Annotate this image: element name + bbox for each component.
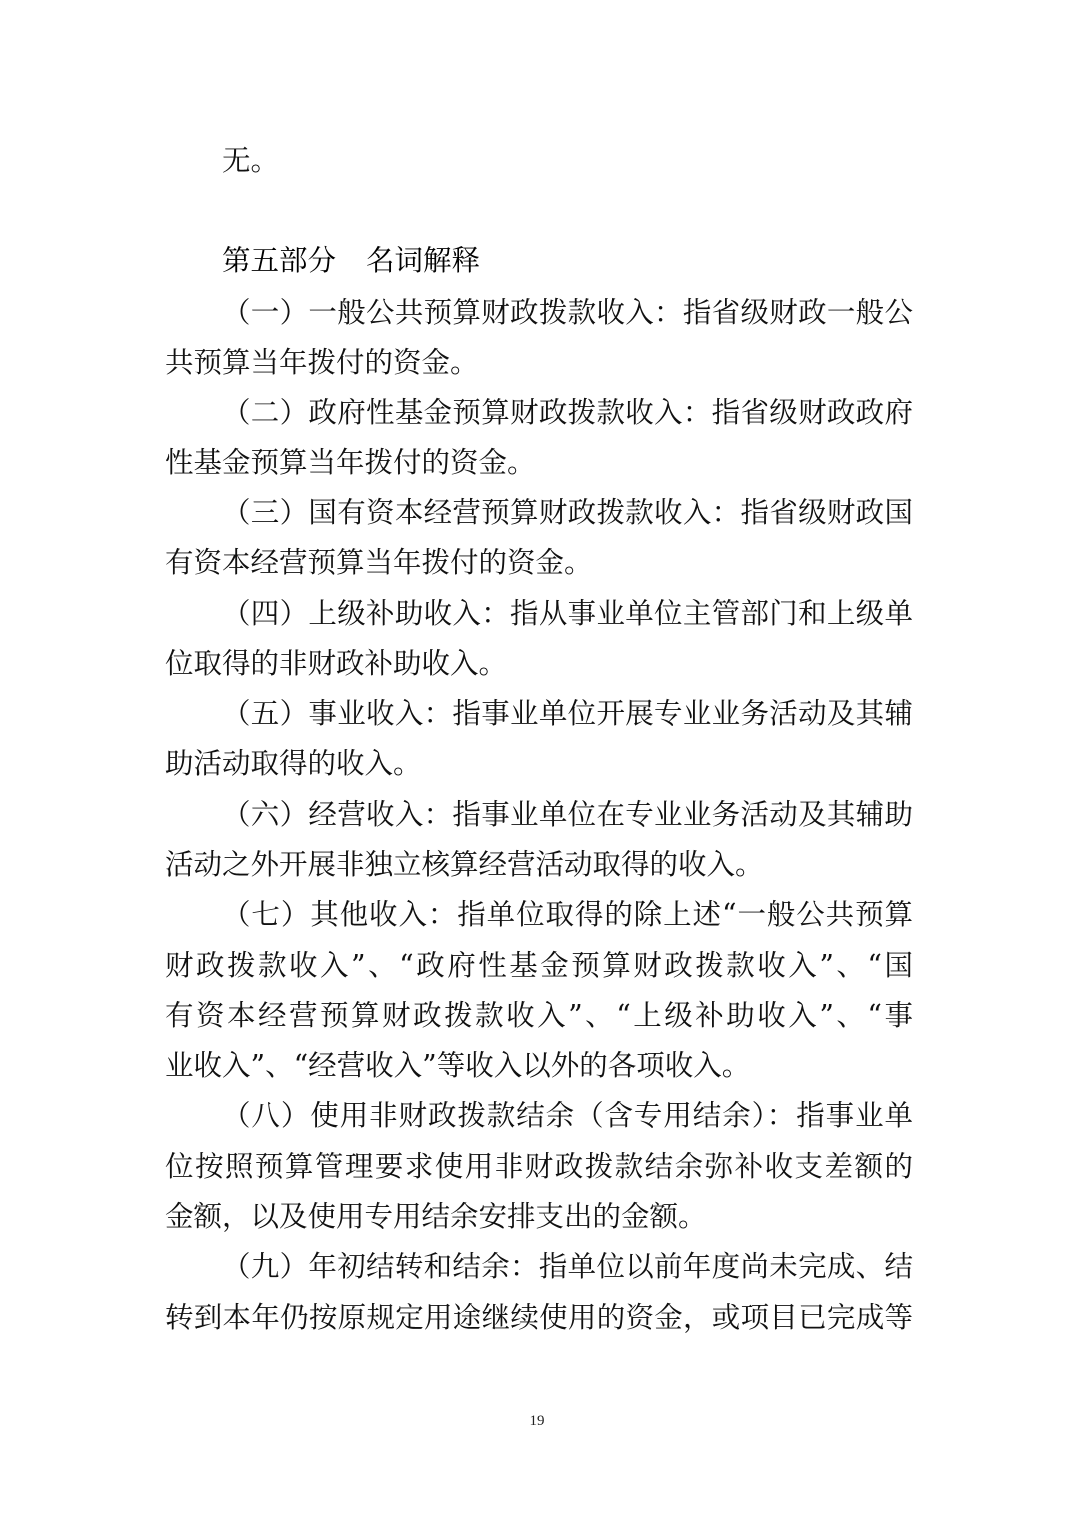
definition-line: （九）年初结转和结余：指单位以前年度尚未完成、结 [222,1249,913,1285]
definition-line: 有资本经营预算当年拨付的资金。 [165,545,913,581]
definition-line: 有资本经营预算财政拨款收入”、“上级补助收入”、“事 [165,998,913,1034]
definition-line: 转到本年仍按原规定用途继续使用的资金，或项目已完成等 [165,1300,913,1336]
definition-line: 助活动取得的收入。 [165,746,913,782]
intro-text: 无。 [222,143,913,179]
definition-line: 财政拨款收入”、“政府性基金预算财政拨款收入”、“国 [165,948,913,984]
definition-line: 性基金预算当年拨付的资金。 [165,445,913,481]
section-title: 名词解释 [366,244,480,277]
definition-line: 金额，以及使用专用结余安排支出的金额。 [165,1199,913,1235]
definition-line: 共预算当年拨付的资金。 [165,345,913,381]
definition-line: 位取得的非财政补助收入。 [165,646,913,682]
definition-line: （六）经营收入：指事业单位在专业业务活动及其辅助 [222,797,913,833]
definition-line: （七）其他收入：指单位取得的除上述“一般公共预算 [222,897,913,933]
page-number: 19 [0,1412,1074,1430]
definition-line: 业收入”、“经营收入”等收入以外的各项收入。 [165,1048,913,1084]
definition-line: 活动之外开展非独立核算经营活动取得的收入。 [165,847,913,883]
definition-line: （四）上级补助收入：指从事业单位主管部门和上级单 [222,596,913,632]
document-page: 无。 第五部分名词解释 （一）一般公共预算财政拨款收入：指省级财政一般公 共预算… [0,0,1074,1520]
definition-line: （八）使用非财政拨款结余（含专用结余）：指事业单 [222,1098,913,1134]
definition-line: （二）政府性基金预算财政拨款收入：指省级财政政府 [222,395,913,431]
section-part-label: 第五部分 [222,244,336,277]
definition-line: 位按照预算管理要求使用非财政拨款结余弥补收支差额的 [165,1149,913,1185]
section-heading: 第五部分名词解释 [222,243,480,279]
definition-line: （五）事业收入：指事业单位开展专业业务活动及其辅 [222,696,913,732]
definition-line: （一）一般公共预算财政拨款收入：指省级财政一般公 [222,295,913,331]
definition-line: （三）国有资本经营预算财政拨款收入：指省级财政国 [222,495,913,531]
